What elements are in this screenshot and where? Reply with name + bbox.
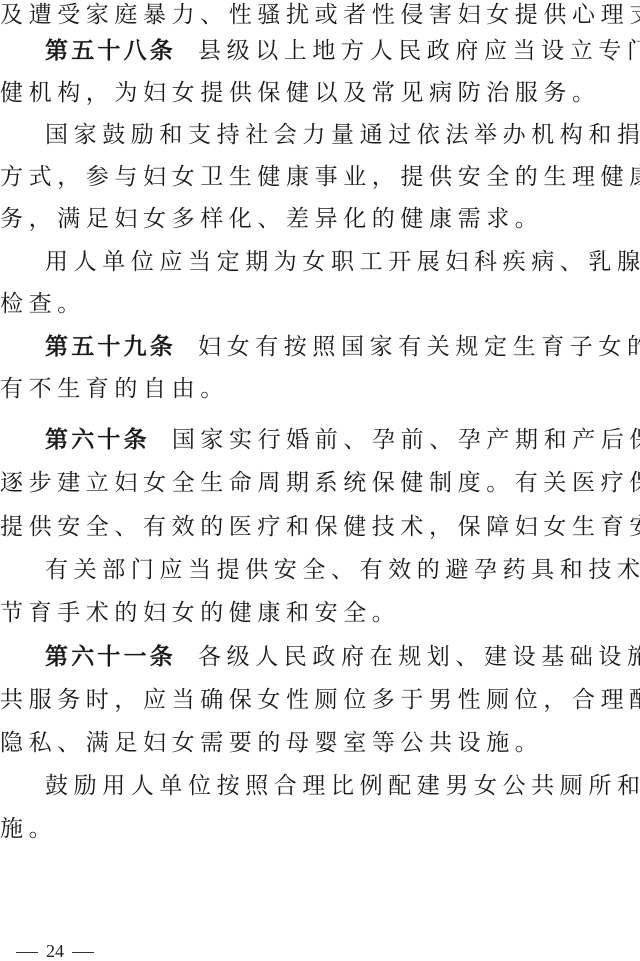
line-text: 逐步建立妇女全生命周期系统保健制度。有关医疗保健机构应当 xyxy=(0,470,640,496)
line-text: 县级以上地方人民政府应当设立专门的妇幼保 xyxy=(198,38,640,64)
line-text: 提供安全、有效的医疗和保健技术，保障妇女生育安全和健康。 xyxy=(0,514,640,540)
line-text: 国家实行婚前、孕前、孕产期和产后保健制度， xyxy=(172,427,640,453)
text-line: 节育手术的妇女的健康和安全。 xyxy=(0,598,640,628)
line-text: 健机构，为妇女提供保健以及常见病防治服务。 xyxy=(0,80,601,106)
footer-dash-right xyxy=(72,952,94,953)
line-text: 共服务时，应当确保女性厕位多于男性厕位，合理配建保护妇女 xyxy=(0,687,640,713)
text-line: 施。 xyxy=(0,814,640,844)
footer-dash-left xyxy=(16,952,38,953)
line-text: 鼓励用人单位按照合理比例配建男女公共厕所和母婴室等设 xyxy=(45,773,640,799)
line-text: 有关部门应当提供安全、有效的避孕药具和技术，保障实施 xyxy=(45,557,640,583)
line-text: 检查。 xyxy=(0,291,86,317)
article-59-heading-line: 第五十九条妇女有按照国家有关规定生育子女的权利，也 xyxy=(0,332,640,362)
line-text: 妇女有按照国家有关规定生育子女的权利，也 xyxy=(198,334,640,360)
text-line: 有不生育的自由。 xyxy=(0,374,640,404)
line-text: 国家鼓励和支持社会力量通过依法举办机构和捐赠、资助等 xyxy=(45,122,640,148)
article-61-heading-line: 第六十一条各级人民政府在规划、建设基础设施和提供公 xyxy=(0,642,640,672)
text-line: 用人单位应当定期为女职工开展妇科疾病、乳腺疾病等健康 xyxy=(0,247,640,277)
article-number: 第五十八条 xyxy=(45,38,176,64)
text-line: 国家鼓励和支持社会力量通过依法举办机构和捐赠、资助等 xyxy=(0,120,640,150)
text-line: 方式，参与妇女卫生健康事业，提供安全的生理健康用品或者服 xyxy=(0,162,640,192)
line-text: 各级人民政府在规划、建设基础设施和提供公 xyxy=(198,644,640,670)
text-line: 有关部门应当提供安全、有效的避孕药具和技术，保障实施 xyxy=(0,555,640,585)
text-line: 及遭受家庭暴力、性骚扰或者性侵害妇女提供心理支持。 xyxy=(0,0,640,30)
text-line: 检查。 xyxy=(0,289,640,319)
article-number: 第五十九条 xyxy=(45,334,176,360)
line-text: 务，满足妇女多样化、差异化的健康需求。 xyxy=(0,206,543,232)
page-number: 24 xyxy=(46,941,64,961)
line-text: 隐私、满足妇女需要的母婴室等公共设施。 xyxy=(0,730,543,756)
article-number: 第六十条 xyxy=(45,427,150,453)
line-text: 方式，参与妇女卫生健康事业，提供安全的生理健康用品或者服 xyxy=(0,164,640,190)
text-line: 健机构，为妇女提供保健以及常见病防治服务。 xyxy=(0,78,640,108)
line-text: 节育手术的妇女的健康和安全。 xyxy=(0,600,400,626)
text-line: 鼓励用人单位按照合理比例配建男女公共厕所和母婴室等设 xyxy=(0,771,640,801)
line-text: 有不生育的自由。 xyxy=(0,376,229,402)
text-line: 提供安全、有效的医疗和保健技术，保障妇女生育安全和健康。 xyxy=(0,512,640,542)
line-text: 用人单位应当定期为女职工开展妇科疾病、乳腺疾病等健康 xyxy=(45,249,640,275)
article-60-heading-line: 第六十条国家实行婚前、孕前、孕产期和产后保健制度， xyxy=(0,425,640,455)
text-line: 隐私、满足妇女需要的母婴室等公共设施。 xyxy=(0,728,640,758)
article-number: 第六十一条 xyxy=(45,644,176,670)
page-footer: 24 xyxy=(8,940,102,961)
text-line: 务，满足妇女多样化、差异化的健康需求。 xyxy=(0,204,640,234)
line-text: 及遭受家庭暴力、性骚扰或者性侵害妇女提供心理支持。 xyxy=(0,2,640,28)
article-58-heading-line: 第五十八条县级以上地方人民政府应当设立专门的妇幼保 xyxy=(0,36,640,66)
text-line: 逐步建立妇女全生命周期系统保健制度。有关医疗保健机构应当 xyxy=(0,468,640,498)
text-line: 共服务时，应当确保女性厕位多于男性厕位，合理配建保护妇女 xyxy=(0,685,640,715)
line-text: 施。 xyxy=(0,816,57,842)
